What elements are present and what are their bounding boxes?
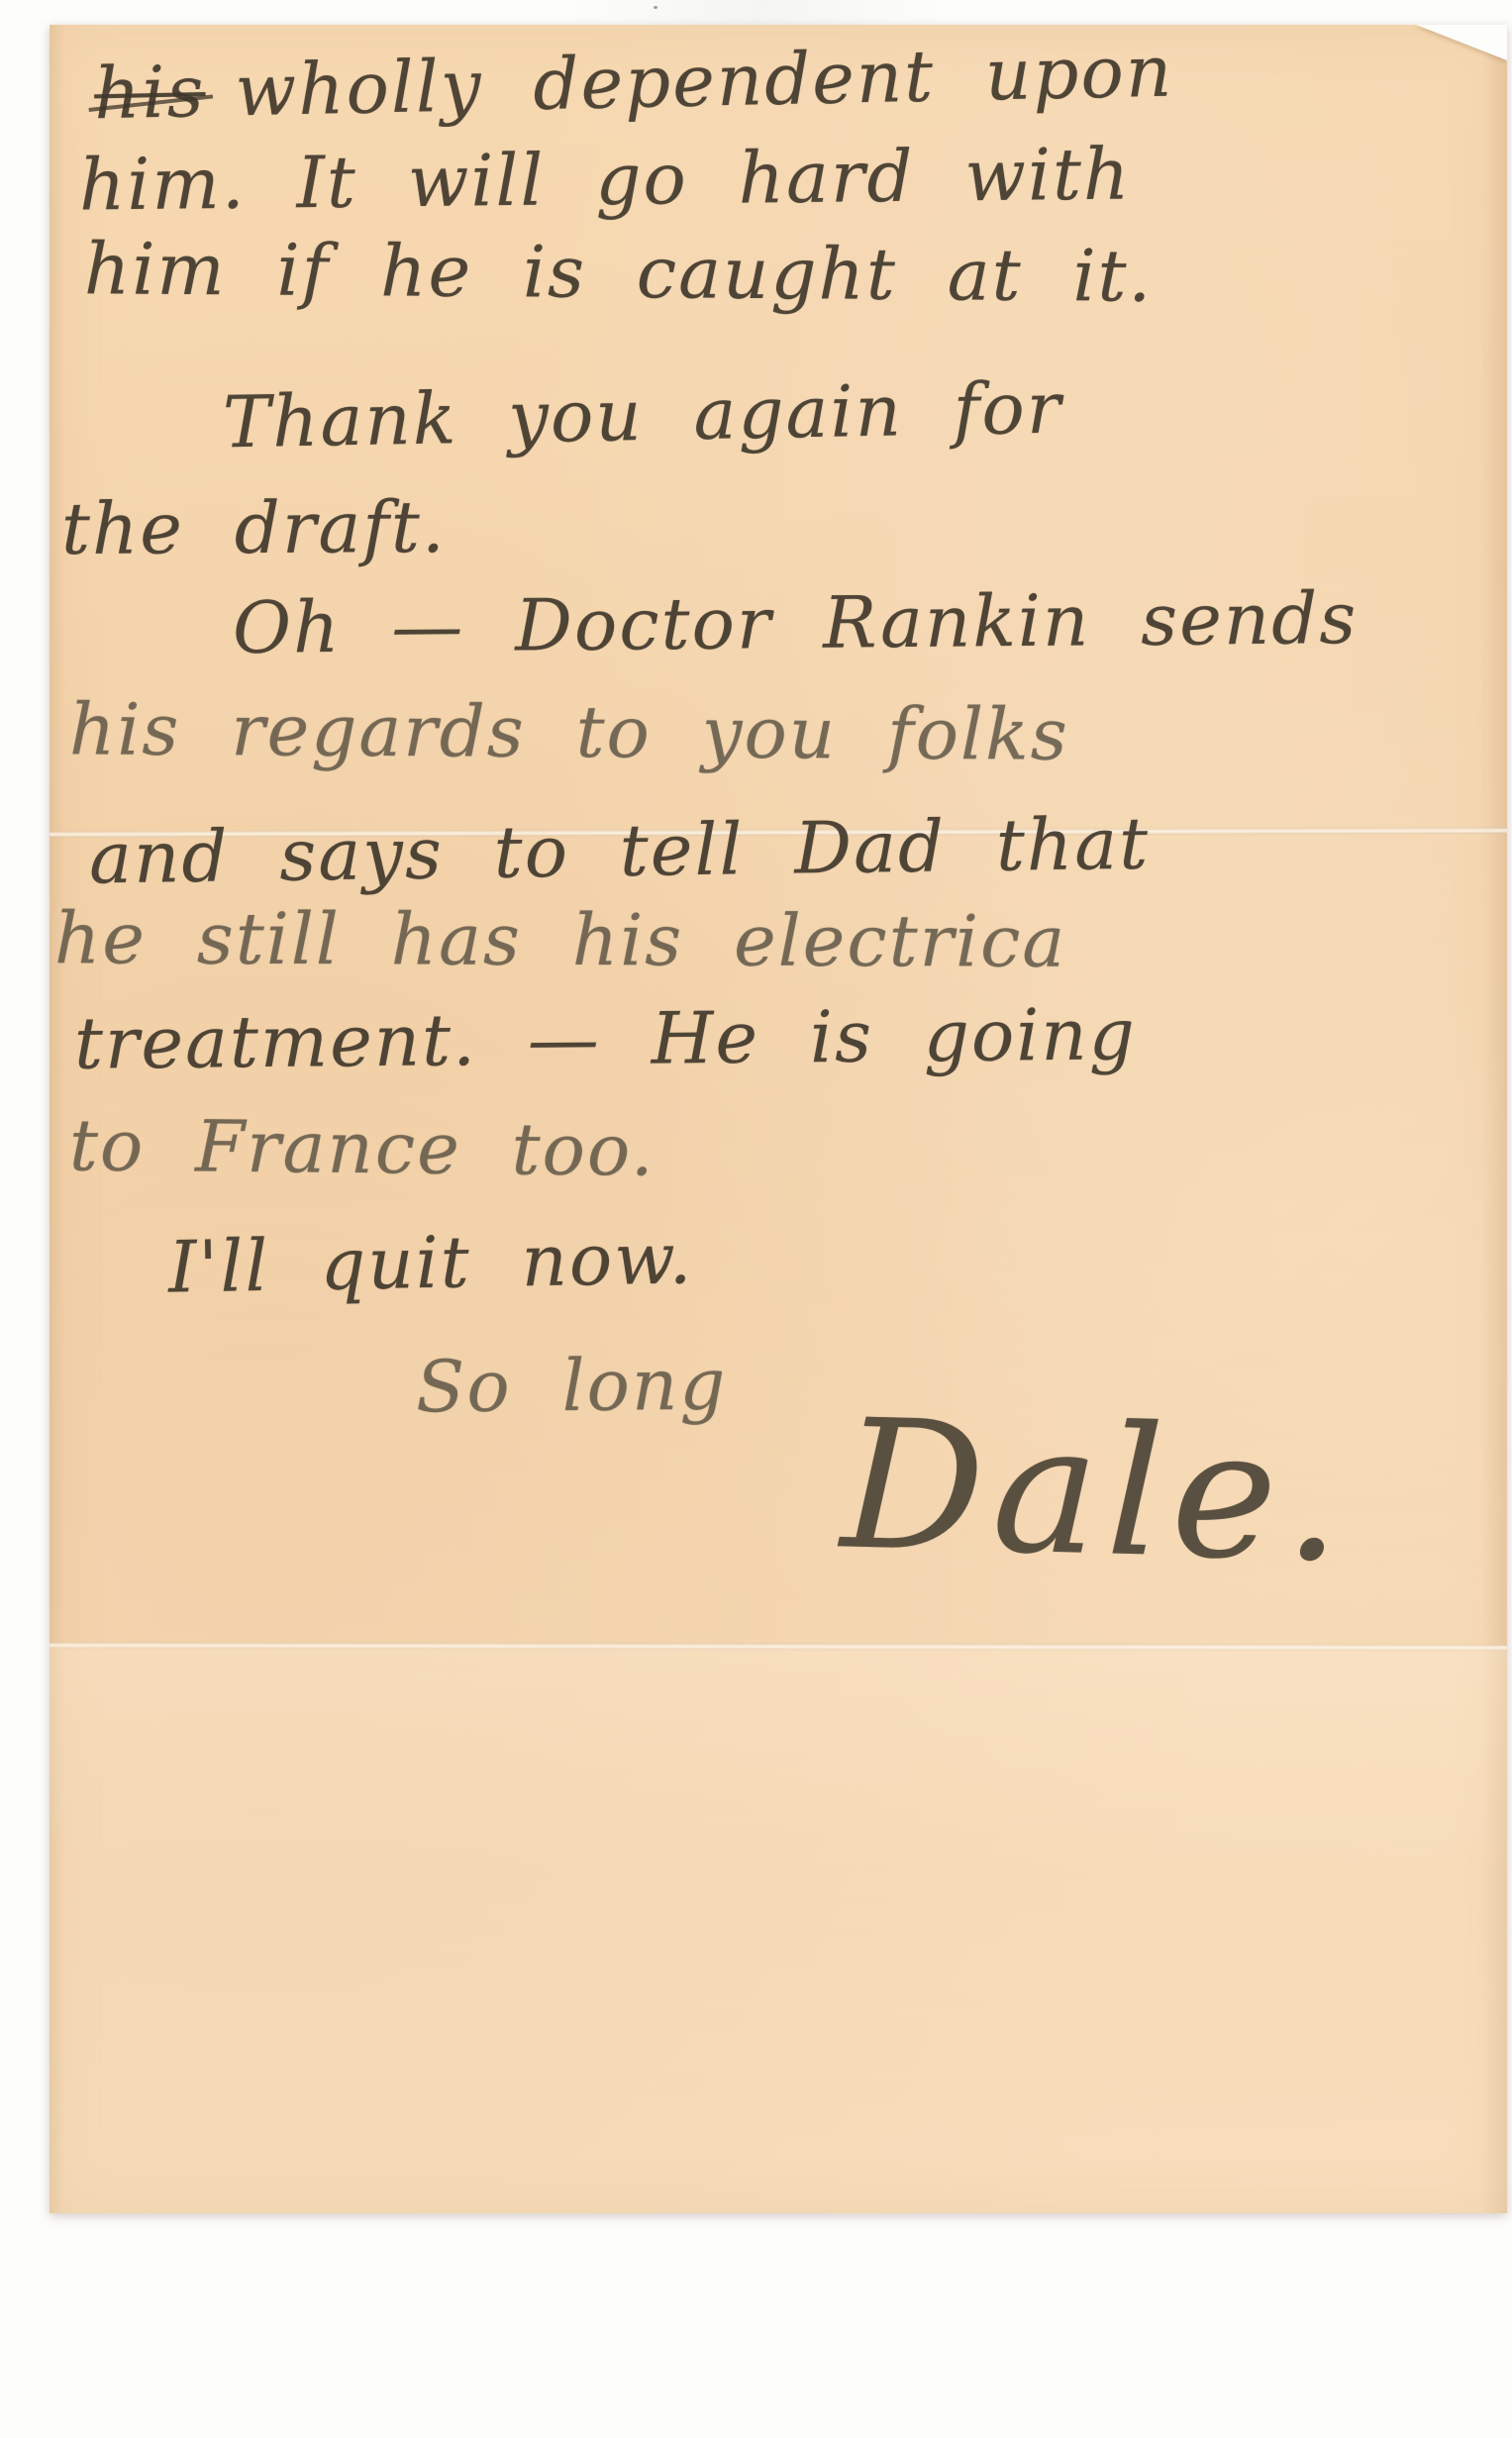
- handwritten-line: to France too.: [69, 1109, 656, 1185]
- paper-edge-shade: [50, 25, 65, 2213]
- handwritten-line: and says to tell Dad that: [89, 808, 1151, 894]
- torn-corner: [1416, 25, 1507, 60]
- handwritten-line: Thank you again for: [222, 372, 1062, 458]
- handwritten-line: treatment. — He is going: [74, 998, 1137, 1078]
- handwritten-line: Oh — Doctor Rankin sends: [233, 582, 1359, 663]
- handwritten-line: he still has his electrica: [54, 902, 1067, 977]
- crease-highlight: [50, 1642, 1507, 1652]
- lower-fold-panel: [50, 1646, 1507, 2213]
- line-text: wholly dependent upon: [235, 30, 1174, 133]
- handwritten-line: him if he is caught at it.: [84, 233, 1154, 312]
- handwritten-line: his regards to you folks: [69, 693, 1069, 769]
- handwritten-line: hiswholly dependent upon: [93, 36, 1173, 130]
- letter-page: hiswholly dependent upon him. It will go…: [50, 25, 1507, 2213]
- handwritten-line: I'll quit now.: [167, 1222, 693, 1302]
- handwritten-line: So long: [416, 1349, 728, 1423]
- handwritten-line: the draft.: [61, 491, 447, 564]
- strikethrough-word: his: [93, 55, 206, 129]
- fold-crease: [50, 1638, 1507, 1655]
- scan-background: hiswholly dependent upon him. It will go…: [0, 0, 1512, 2438]
- handwritten-line: him. It will go hard with: [79, 138, 1132, 220]
- dust-speck: [654, 6, 657, 9]
- paper-edge-shade: [1481, 25, 1507, 2213]
- signature: Dale.: [840, 1396, 1352, 1587]
